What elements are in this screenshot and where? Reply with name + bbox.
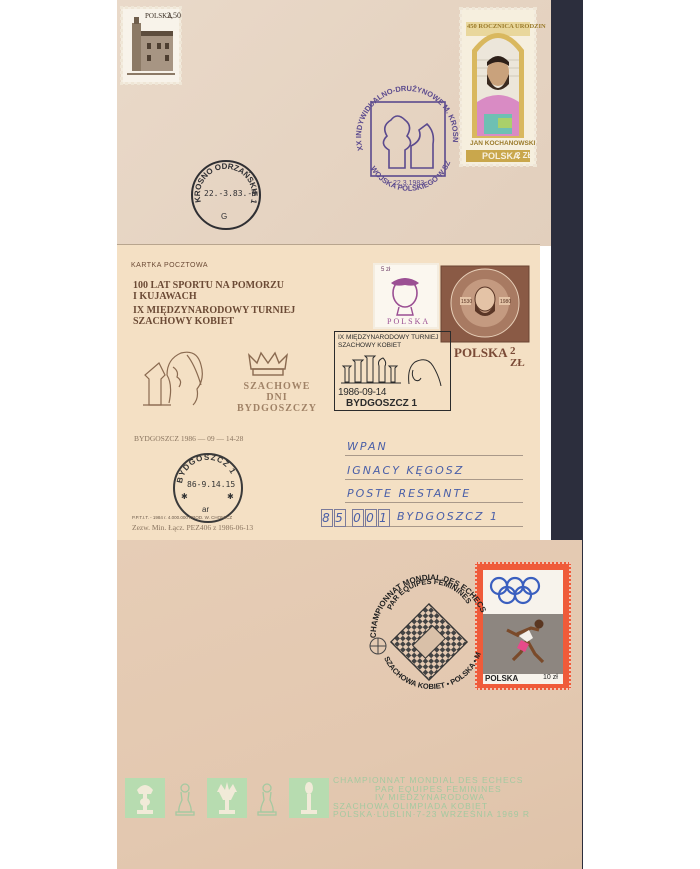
- stamp-country: POLSKA: [454, 345, 507, 361]
- svg-text:XX INDYWIDUALNO-DRUŻYNOWE M. K: XX INDYWIDUALNO-DRUŻYNOWE M. KROSNO: [349, 80, 460, 152]
- stamp-value: 10 zł: [543, 674, 558, 681]
- stamp-value: 2 ZŁ: [510, 345, 530, 369]
- cancel-round-bydgoszcz: BYDGOSZCZ 1 86-9.14.15 ✱ ✱ ar: [173, 453, 243, 523]
- cancel-round-krosno: KROSNO ODRZAŃSKIE 1 22.-3.83.-9 G: [191, 160, 261, 230]
- stamp-country: POLSKA: [482, 151, 520, 161]
- slogan-date: 1986-09-14: [338, 387, 386, 398]
- chessboard-diamond-cancel-icon: CHAMPIONNAT MONDIAL DES ECHECS PAR ÉQUIP…: [362, 572, 496, 702]
- chess-strip: [125, 778, 329, 818]
- chess-cell-king: [125, 778, 165, 818]
- cancel-date: 86-9.14.15: [187, 480, 235, 489]
- chess-cell-pawn: [165, 778, 205, 818]
- postcard-bydgoszcz-1986: KARTKA POCZTOWA 100 LAT SPORTU NA POMORZ…: [117, 244, 540, 541]
- slogan-text: IX MIĘDZYNARODOWY TURNIEJ SZACHOWY KOBIE…: [338, 334, 439, 350]
- crown-logo-icon: [247, 349, 289, 377]
- cancel-date: 22.-3.83.-9: [204, 189, 257, 198]
- printed-championship-text: CHAMPIONNAT MONDIAL DES ECHECS PAR EQUIP…: [333, 776, 530, 819]
- chess-cell-pawn: [247, 778, 287, 818]
- cancel-letter: G: [221, 212, 227, 221]
- address-line-2: IGNACY KĘGOSZ: [347, 464, 464, 477]
- address-line-3: POSTE RESTANTE: [347, 487, 471, 500]
- card-title: 100 LAT SPORTU NA POMORZU I KUJAWACH IX …: [133, 280, 295, 327]
- card-header: KARTKA POCZTOWA: [131, 262, 208, 269]
- pawn-piece-icon: [165, 778, 205, 818]
- stamp-name: JAN KOCHANOWSKI: [470, 140, 535, 147]
- chess-cell-bishop: [289, 778, 329, 818]
- envelope-krosno-1983: POLSKA 2,50 450 ROCZNICA URODZIN JAN KOC…: [117, 0, 551, 246]
- event-dates: BYDGOSZCZ 1986 — 09 — 14-28: [134, 434, 243, 443]
- woman-rook-illustration-icon: [139, 345, 211, 409]
- bishop-piece-icon: [289, 778, 329, 818]
- stamp-value: 2,50: [167, 11, 181, 20]
- cancel-letter: ar: [202, 505, 209, 514]
- stamp-value: 5 zł: [381, 267, 390, 273]
- permit-line: Zezw. Min. Łącz. PEZ406 z 1986-06-13: [132, 523, 253, 532]
- stamp-value: 2 ZŁ: [516, 151, 532, 160]
- stamp-top-text: 450 ROCZNICA URODZIN: [467, 23, 546, 30]
- stamp-kochanowski: 450 ROCZNICA URODZIN JAN KOCHANOWSKI POL…: [462, 10, 534, 164]
- printer-line: P.P.T.I.T. - 1984 r. 4.000.000 PROD. W. …: [132, 515, 232, 520]
- pawn-piece-icon: [247, 778, 287, 818]
- stamp-crowned-head: 5 zł POLSKA: [375, 265, 437, 327]
- year-start: 1530: [461, 299, 472, 305]
- chess-pieces-woman-icon: [341, 352, 445, 386]
- year-end: 1980: [500, 299, 511, 305]
- cancel-slogan-box: IX MIĘDZYNARODOWY TURNIEJ SZACHOWY KOBIE…: [334, 331, 451, 411]
- printed-stamp-kochanowski: 1530 1980 POLSKA 2 ZŁ: [440, 265, 530, 361]
- svg-text:KROSNO ODRZAŃSKIE 1: KROSNO ODRZAŃSKIE 1: [193, 162, 259, 205]
- zip-code: 85001: [321, 509, 391, 527]
- address-city: BYDGOSZCZ 1: [397, 510, 499, 523]
- cancel-lublin-1969: CHAMPIONNAT MONDIAL DES ECHECS PAR ÉQUIP…: [362, 572, 496, 702]
- envelope-lublin-1969: POLSKA 10 zł CHAMPIONNAT MONDIAL DES ECH…: [117, 540, 582, 869]
- king-piece-icon: [125, 778, 165, 818]
- stamp-town-hall: POLSKA 2,50: [123, 9, 179, 82]
- cancel-date: 22.3.1983: [393, 180, 424, 187]
- address-line-1: WPAN: [347, 440, 388, 453]
- logo-text: SZACHOWE DNI BYDGOSZCZY: [235, 381, 319, 414]
- queen-piece-icon: [207, 778, 247, 818]
- stamp-country: POLSKA: [387, 317, 430, 326]
- cancel-special-krosno: XX INDYWIDUALNO-DRUŻYNOWE M. KROSNO WOJS…: [349, 80, 467, 198]
- chess-cell-queen: [207, 778, 247, 818]
- slogan-place: BYDGOSZCZ 1: [346, 398, 417, 409]
